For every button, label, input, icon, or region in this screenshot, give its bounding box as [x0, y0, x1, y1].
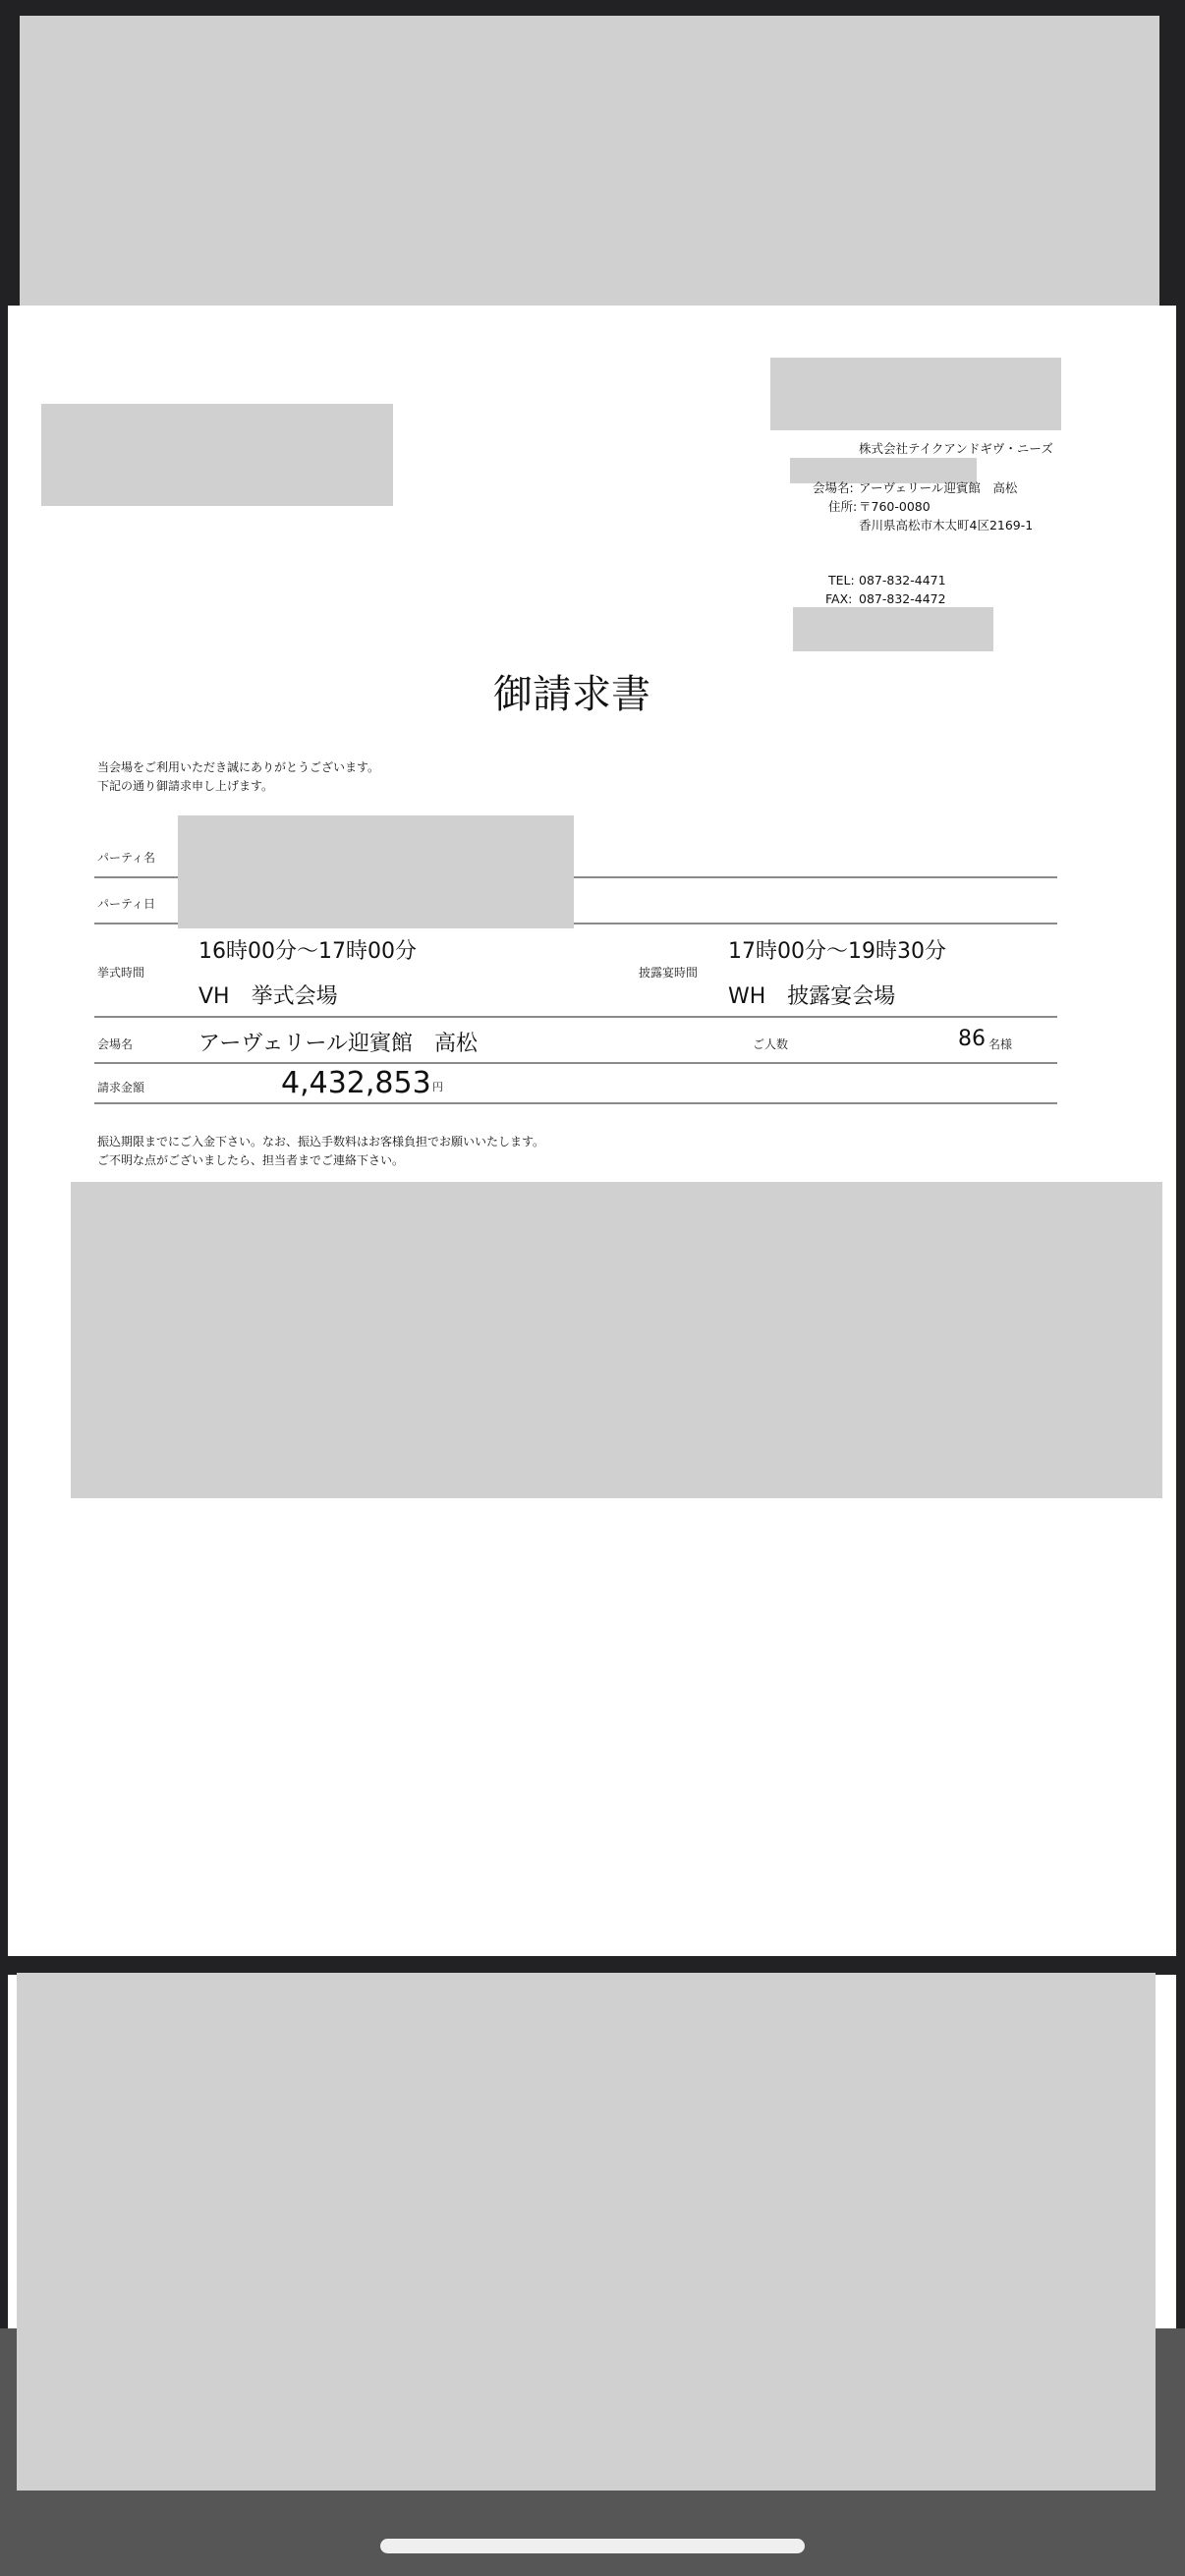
guests-unit: 名様: [988, 1036, 1012, 1052]
reception-venue: WH 披露宴会場: [728, 980, 895, 1010]
divider: [94, 1102, 1057, 1104]
venue-name: アーヴェリール迎賓館 高松: [198, 1027, 478, 1057]
issuer-tel: 087-832-4471: [859, 575, 946, 588]
guests-count: 86: [958, 1027, 986, 1051]
redacted-details-block: [71, 1182, 1162, 1498]
greeting-line-1: 当会場をご利用いただき誠にありがとうございます。: [97, 761, 379, 773]
guests-label: ご人数: [753, 1036, 788, 1052]
issuer-address: 香川県高松市木太町4区2169-1: [859, 520, 1033, 532]
issuer-postal: 〒760-0080: [859, 501, 931, 514]
reception-time: 17時00分〜19時30分: [728, 934, 946, 965]
issuer-venue: アーヴェリール迎賓館 高松: [859, 482, 1017, 495]
redacted-logo: [770, 358, 1061, 430]
venue-name-label: 会場名: [97, 1036, 133, 1052]
amount-unit: 円: [432, 1079, 443, 1094]
amount-label: 請求金額: [97, 1079, 144, 1095]
redacted-stamp: [793, 607, 993, 651]
note-line-1: 振込期限までにご入金下さい。なお、振込手数料はお客様負担でお願いいたします。: [97, 1136, 544, 1148]
document-title: 御請求書: [493, 663, 650, 719]
party-date-label: パーティ日: [97, 895, 155, 912]
redacted-page-2-content: [17, 1973, 1156, 2491]
greeting-line-2: 下記の通り御請求申し上げます。: [97, 780, 273, 792]
redacted-top-region: [20, 16, 1159, 308]
redacted-recipient: [41, 404, 393, 506]
issuer-fax-label: FAX:: [825, 593, 852, 606]
issuer-venue-label: 会場名:: [813, 482, 854, 495]
ceremony-time-label: 挙式時間: [97, 964, 144, 980]
issuer-fax: 087-832-4472: [859, 593, 946, 606]
ceremony-time: 16時00分〜17時00分: [198, 934, 417, 965]
redacted-party-info: [178, 815, 574, 928]
issuer-company: 株式会社テイクアンドギヴ・ニーズ: [859, 443, 1053, 456]
note-line-2: ご不明な点がございましたら、担当者までご連絡下さい。: [97, 1154, 404, 1166]
divider: [94, 1016, 1057, 1018]
party-name-label: パーティ名: [97, 849, 155, 866]
ceremony-venue: VH 挙式会場: [198, 980, 338, 1010]
invoice-page: 株式会社テイクアンドギヴ・ニーズ 会場名: アーヴェリール迎賓館 高松 住所: …: [8, 306, 1176, 1956]
home-indicator[interactable]: [380, 2539, 805, 2553]
reception-time-label: 披露宴時間: [639, 964, 698, 980]
divider: [94, 1062, 1057, 1064]
amount-value: 4,432,853: [281, 1066, 431, 1100]
issuer-address-label: 住所:: [828, 501, 857, 514]
issuer-tel-label: TEL:: [828, 575, 855, 588]
